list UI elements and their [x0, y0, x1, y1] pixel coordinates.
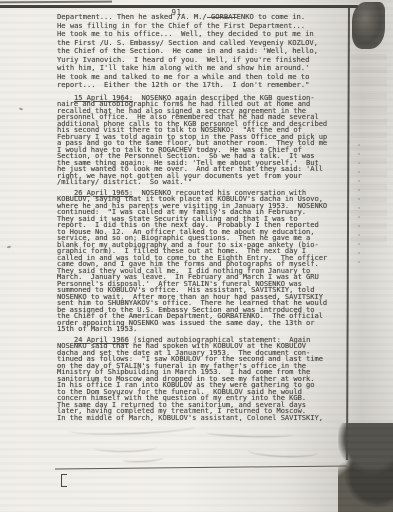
pencil-scribble	[122, 454, 164, 463]
scanned-page: 91. Department... Then he asked /A. M./ …	[0, 0, 393, 512]
paragraph-24-april-1966: 24 April 1966 (signed autobiographical s…	[57, 337, 343, 422]
pencil-scribble	[205, 429, 293, 438]
bottom-rule	[55, 465, 347, 469]
top-edge-mark	[0, 1, 112, 4]
pencil-scribble	[248, 445, 318, 458]
margin-handwriting	[358, 138, 360, 263]
scan-smudge-top-right	[352, 2, 385, 49]
paragraph-body: NOSENKO recounted his conversation with …	[57, 188, 327, 334]
pencil-scribble	[95, 442, 157, 452]
paragraph-15-april-1964: 15 April 1964: NOSENKO again described t…	[57, 95, 343, 186]
document-text: Department... Then he asked /A. M./ GORB…	[57, 13, 343, 425]
margin-bracket-mark	[61, 474, 67, 487]
paragraph-body: Department... Then he asked /A. M./ GORB…	[57, 12, 318, 89]
scan-smudge-right-margin	[351, 54, 387, 249]
page-edge-line	[346, 8, 350, 460]
paragraph-body: NOSENKO again described the KGB question…	[57, 93, 327, 187]
scan-speck	[19, 107, 23, 110]
paragraph-continuation: Department... Then he asked /A. M./ GORB…	[57, 13, 343, 90]
paragraph-body: (signed autobiographical statement: Agai…	[57, 335, 323, 422]
scan-smudge-bottom-right	[338, 423, 393, 512]
scan-speck	[7, 246, 11, 249]
paragraph-26-april-1965: 26 April 1965: NOSENKO recounted his con…	[57, 190, 343, 333]
